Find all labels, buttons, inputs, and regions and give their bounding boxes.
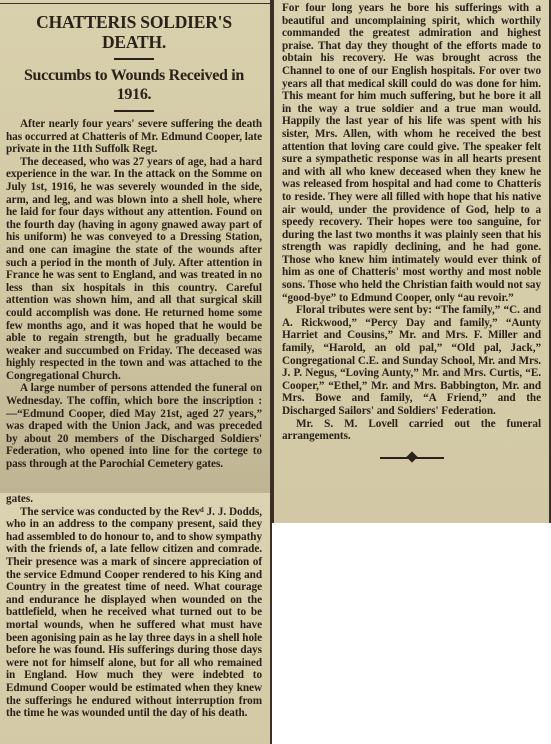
paragraph-arrangements: Mr. S. M. Lovell carried out the funeral… — [282, 418, 541, 443]
top-rule — [0, 0, 270, 4]
subheadline: Succumbs to Wounds Received in 1916. — [6, 66, 262, 104]
end-ornament — [380, 453, 444, 463]
paragraph-sufferings: For four long years he bore his sufferin… — [282, 2, 541, 304]
headline: CHATTERIS SOLDIER'S DEATH. — [6, 12, 262, 52]
paragraph-war-experience: The deceased, who was 27 years of age, h… — [6, 156, 262, 383]
paragraph-funeral: A large number of persons attended the f… — [6, 382, 262, 470]
clipping-left-column-top: CHATTERIS SOLDIER'S DEATH. Succumbs to W… — [0, 0, 272, 493]
right-column-body: For four long years he bore his sufferin… — [282, 0, 541, 463]
paragraph-intro: After nearly four years' severe sufferin… — [6, 118, 262, 156]
seam-overlap-text: gates. — [6, 493, 262, 506]
diamond-icon — [406, 451, 417, 462]
subheadline-divider — [114, 110, 154, 112]
paragraph-floral-tributes: Floral tributes were sent by: “The famil… — [282, 304, 541, 417]
clipping-right-column: For four long years he bore his sufferin… — [272, 0, 551, 523]
headline-divider — [114, 58, 154, 60]
paragraph-service: The service was conducted by the Revᵈ J.… — [6, 506, 262, 720]
clipping-left-column-bottom: gates. The service was conducted by the … — [0, 493, 272, 744]
